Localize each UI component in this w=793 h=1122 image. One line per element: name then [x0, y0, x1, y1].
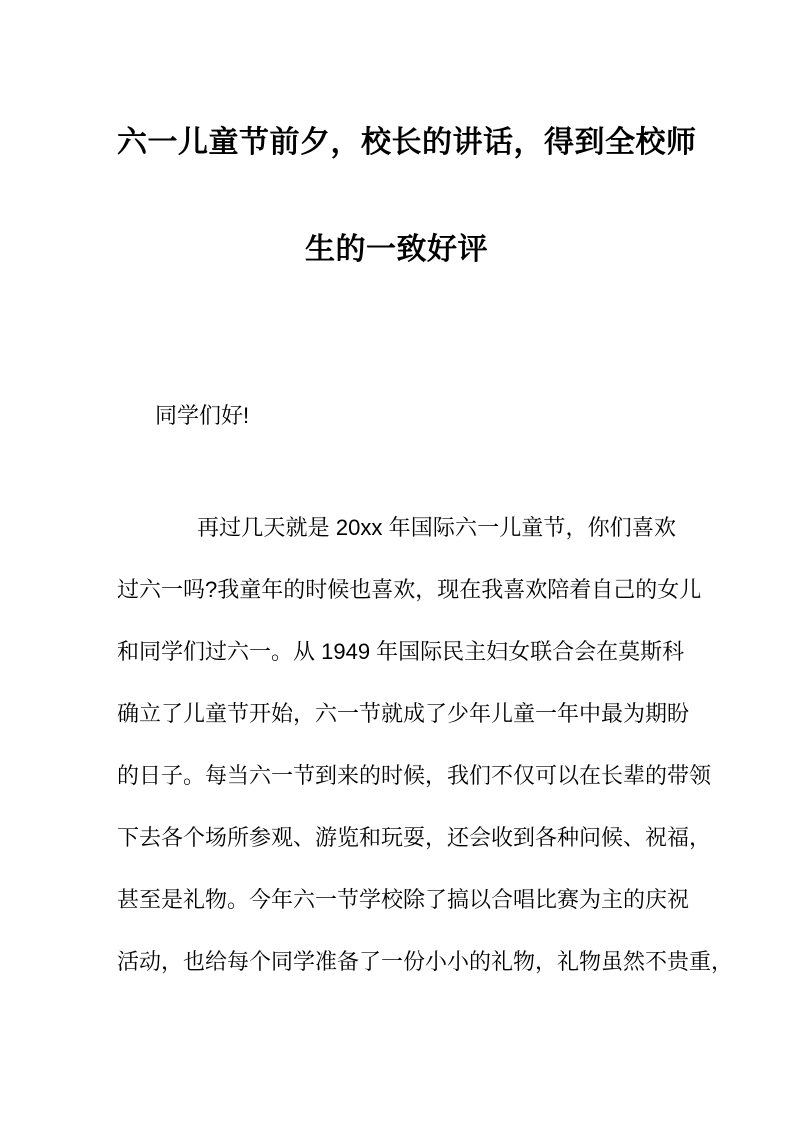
paragraph-line: 和同学们过六一。从 1949 年国际民主妇女联合会在莫斯科 — [117, 621, 676, 683]
paragraph-line: 确立了儿童节开始，六一节就成了少年儿童一年中最为期盼 — [117, 683, 676, 745]
document-title: 六一儿童节前夕，校长的讲话，得到全校师 生的一致好评 — [117, 89, 676, 303]
document-page: 六一儿童节前夕，校长的讲话，得到全校师 生的一致好评 同学们好! 再过几天就是 … — [0, 89, 793, 993]
title-line-1: 六一儿童节前夕，校长的讲话，得到全校师 — [117, 89, 676, 196]
paragraph-line: 活动，也给每个同学准备了一份小小的礼物，礼物虽然不贵重， — [117, 931, 676, 993]
title-line-2: 生的一致好评 — [117, 196, 676, 303]
paragraph-line: 的日子。每当六一节到来的时候，我们不仅可以在长辈的带领 — [117, 745, 676, 807]
paragraph-line: 下去各个场所参观、游览和玩耍，还会收到各种问候、祝福， — [117, 807, 676, 869]
paragraph-line: 甚至是礼物。今年六一节学校除了搞以合唱比赛为主的庆祝 — [117, 869, 676, 931]
greeting-line: 同学们好! — [117, 385, 676, 447]
paragraph-line: 过六一吗?我童年的时候也喜欢，现在我喜欢陪着自己的女儿 — [117, 559, 676, 621]
body-paragraph: 再过几天就是 20xx 年国际六一儿童节，你们喜欢 过六一吗?我童年的时候也喜欢… — [117, 497, 676, 993]
paragraph-line: 再过几天就是 20xx 年国际六一儿童节，你们喜欢 — [117, 497, 676, 559]
